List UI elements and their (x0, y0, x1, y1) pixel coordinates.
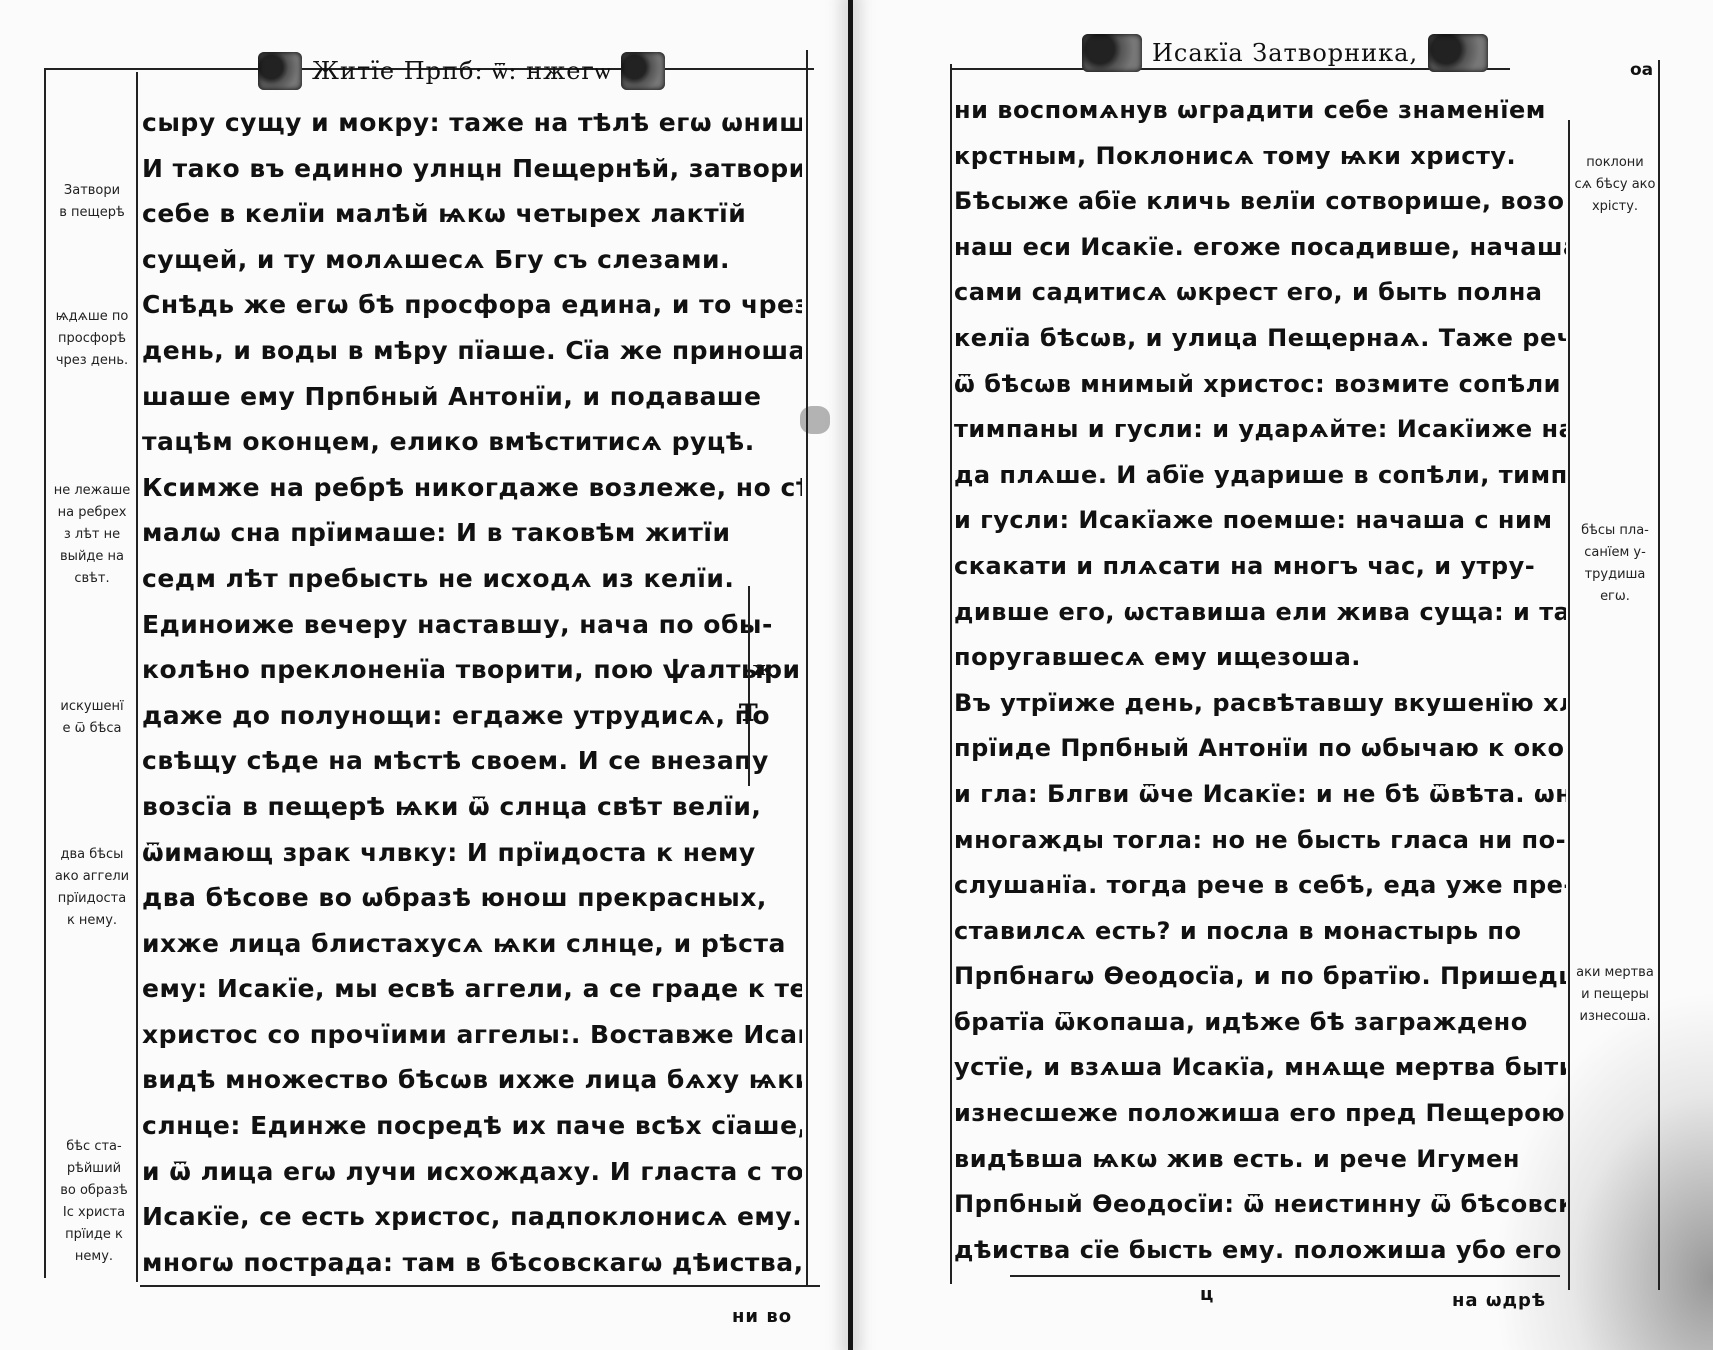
text-line: сыру сущу и мокру: таже на тѣлѣ егѡ ѡниш… (142, 100, 802, 146)
text-line: тацѣм оконцем, елико вмѣститисѧ руцѣ. (142, 419, 802, 465)
text-line: и ѿ лица егѡ лучи исхождаху. И гласта с … (142, 1149, 802, 1195)
text-line: келїа бѣсѡв, и улица Пещернаѧ. Таже рече… (954, 316, 1566, 362)
frame-gloss-divider (136, 72, 138, 1282)
text-line: скакати и плѧсати на многъ час, и утру- (954, 544, 1566, 590)
text-line: многажды тогла: но не бысть гласа ни по- (954, 818, 1566, 864)
catchword: на ѡдрѣ (1452, 1290, 1546, 1311)
text-line: даже до полунощи: егдаже утрудисѧ, по (142, 693, 802, 739)
left-text-body: сыру сущу и мокру: таже на тѣлѣ егѡ ѡниш… (142, 100, 802, 1285)
margin-gloss: искушенї е ѿ бѣса (48, 696, 136, 740)
text-line: крстным, Поклонисѧ тому ѩки христу. (954, 134, 1566, 180)
frame-left-line (950, 64, 952, 1284)
left-running-header: Житїе Прпб: ѿ: нжегѡ (258, 52, 665, 90)
ornament-icon (621, 52, 665, 90)
text-line: изнесшеже положиша его пред Пещерою, и (954, 1091, 1566, 1137)
right-text-body: ни воспомѧнув ѡградити себе знаменїем кр… (954, 88, 1566, 1273)
frame-bottom-line (1010, 1275, 1560, 1277)
text-line: Въ утрїиже день, расвѣтавшу вкушенїю хлѣ… (954, 681, 1566, 727)
text-line: да плѧше. И абїе ударише в сопѣли, тимпа… (954, 453, 1566, 499)
text-line: ни воспомѧнув ѡградити себе знаменїем (954, 88, 1566, 134)
text-line: шаше ему Прпбный Антонїи, и подаваше (142, 374, 802, 420)
text-line: сущей, и ту молѧшесѧ Бгу съ слезами. (142, 237, 802, 283)
ornament-icon (1428, 34, 1488, 72)
text-line: седм лѣт пребысть не исходѧ из келїи. (142, 556, 802, 602)
text-line: братїа ѿкопаша, идѣже бѣ заграждено (954, 1000, 1566, 1046)
text-line: день, и воды в мѣру пїаше. Сїа же принош… (142, 328, 802, 374)
text-line: свѣщу сѣде на мѣстѣ своем. И се внезапу (142, 738, 802, 784)
margin-gloss: два бѣсы ако аггели прїидоста к нему. (48, 844, 136, 932)
margin-gloss: Затвори в пещерѣ (48, 180, 136, 224)
text-line: два бѣсове во ѡбразѣ юнош прекрасных, (142, 875, 802, 921)
text-line: видѣ множество бѣсѡв ихже лица бѧху ѩки (142, 1057, 802, 1103)
text-line: и гла: Блгви ѿче Исакїе: и не бѣ ѿвѣта. … (954, 772, 1566, 818)
text-line: И тако въ единно улнцн Пещернѣй, затвори (142, 146, 802, 192)
text-line: Исакїе, се есть христос, падпоклонисѧ ем… (142, 1194, 802, 1240)
text-line: наш еси Исакїе. егоже посадивше, начаша (954, 225, 1566, 271)
text-line: устїе, и взѧша Исакїа, мнѧще мертва быти… (954, 1045, 1566, 1091)
side-mark: ж (752, 656, 772, 680)
text-line: тимпаны и гусли: и ударѧйте: Исакїиже на… (954, 407, 1566, 453)
header-title: Исакїа Затворника, (1152, 39, 1418, 67)
text-line: и гусли: Исакїаже поемше: начаша с ним (954, 498, 1566, 544)
text-line: Единоиже вечеру наставшу, нача по обы- (142, 602, 802, 648)
text-line: малѡ сна прїимаше: И в таковѣм житїи (142, 510, 802, 556)
catchword: ни во (732, 1306, 792, 1327)
text-line: многѡ пострада: там в бѣсовскагѡ дѣиства… (142, 1240, 802, 1286)
folio-number: оа (1630, 60, 1653, 80)
page-signature: ц (1200, 1284, 1214, 1305)
margin-gloss: не лежаше на ребрех з лѣт не выйде на св… (48, 480, 136, 590)
text-line: Снѣдь же егѡ бѣ просфора едина, и то чре… (142, 282, 802, 328)
left-page: Житїе Прпб: ѿ: нжегѡ сыру сущу и мокру: … (0, 0, 850, 1350)
text-line: себе в келїи малѣй ѩкѡ четырех лактїй (142, 191, 802, 237)
text-line: поругавшесѧ ему ищезоша. (954, 635, 1566, 681)
text-line: Прпбнагѡ Ѳеодосїа, и по братїю. Пришедше… (954, 954, 1566, 1000)
margin-gloss: бѣсы пла- санїем у- трудиша егѡ. (1572, 520, 1658, 608)
ornament-icon (1082, 34, 1142, 72)
text-line: Прпбный Ѳеодосїи: ѿ неистинну ѿ бѣсовска… (954, 1182, 1566, 1228)
margin-gloss: бѣс ста- рѣйший во образѣ Iс христа прїи… (48, 1136, 140, 1268)
text-line: христос со прочїими аггелы:. Воставже Ис… (142, 1012, 802, 1058)
text-line: возсїа в пещерѣ ѩки ѿ слнца свѣт велїи, (142, 784, 802, 830)
text-line: дѣиства сїе бысть ему. положиша убо его (954, 1228, 1566, 1274)
text-line: сами садитисѧ ѡкрест его, и быть полна (954, 270, 1566, 316)
side-mark: т (738, 690, 759, 730)
frame-right-outer (1658, 60, 1660, 1290)
text-line: ставилсѧ есть? и посла в монастырь по (954, 909, 1566, 955)
text-line: видѣвша ѩкѡ жив есть. и рече Игумен (954, 1137, 1566, 1183)
margin-gloss: аки мертва и пещеры изнесоша. (1572, 962, 1658, 1028)
right-page: Исакїа Затворника, оа ни воспомѧнув ѡгра… (860, 0, 1713, 1350)
margin-gloss: ѩдѧше по просфорѣ чрез день. (48, 306, 136, 372)
text-line: ему: Исакїе, мы есвѣ аггели, а се граде … (142, 966, 802, 1012)
text-line: прїиде Прпбный Антонїи по ѡбычаю к оконц… (954, 726, 1566, 772)
text-line: Бѣсыже абїе кличь велїи сотворише, возоп… (954, 179, 1566, 225)
text-line: ѿ бѣсѡв мнимый христос: возмите сопѣли (954, 362, 1566, 408)
text-line: Ксимже на ребрѣ никогдаже возлеже, но сѣ… (142, 465, 802, 511)
text-line: слнце: Единже посредѣ их паче всѣх сїаше… (142, 1103, 802, 1149)
text-line: ѿимающ зрак члвку: И прїидоста к нему (142, 830, 802, 876)
inserted-line-marker (748, 586, 750, 786)
frame-left-outer (44, 68, 46, 1278)
text-line: дивше его, ѡставиша ели жива суща: и так… (954, 590, 1566, 636)
frame-right-line (806, 50, 808, 1285)
margin-gloss: поклони сѧ бѣсу ако хрісту. (1572, 152, 1658, 218)
ornament-icon (258, 52, 302, 90)
frame-text-divider (1568, 120, 1570, 1290)
right-running-header: Исакїа Затворника, (1082, 34, 1488, 72)
text-line: ихже лица блистахусѧ ѩки слнце, и рѣста (142, 921, 802, 967)
text-line: колѣно преклоненїа творити, пою ѱалтыри (142, 647, 802, 693)
header-title: Житїе Прпб: ѿ: нжегѡ (312, 57, 611, 86)
text-line: слушанїа. тогда рече в себѣ, еда уже пре… (954, 863, 1566, 909)
